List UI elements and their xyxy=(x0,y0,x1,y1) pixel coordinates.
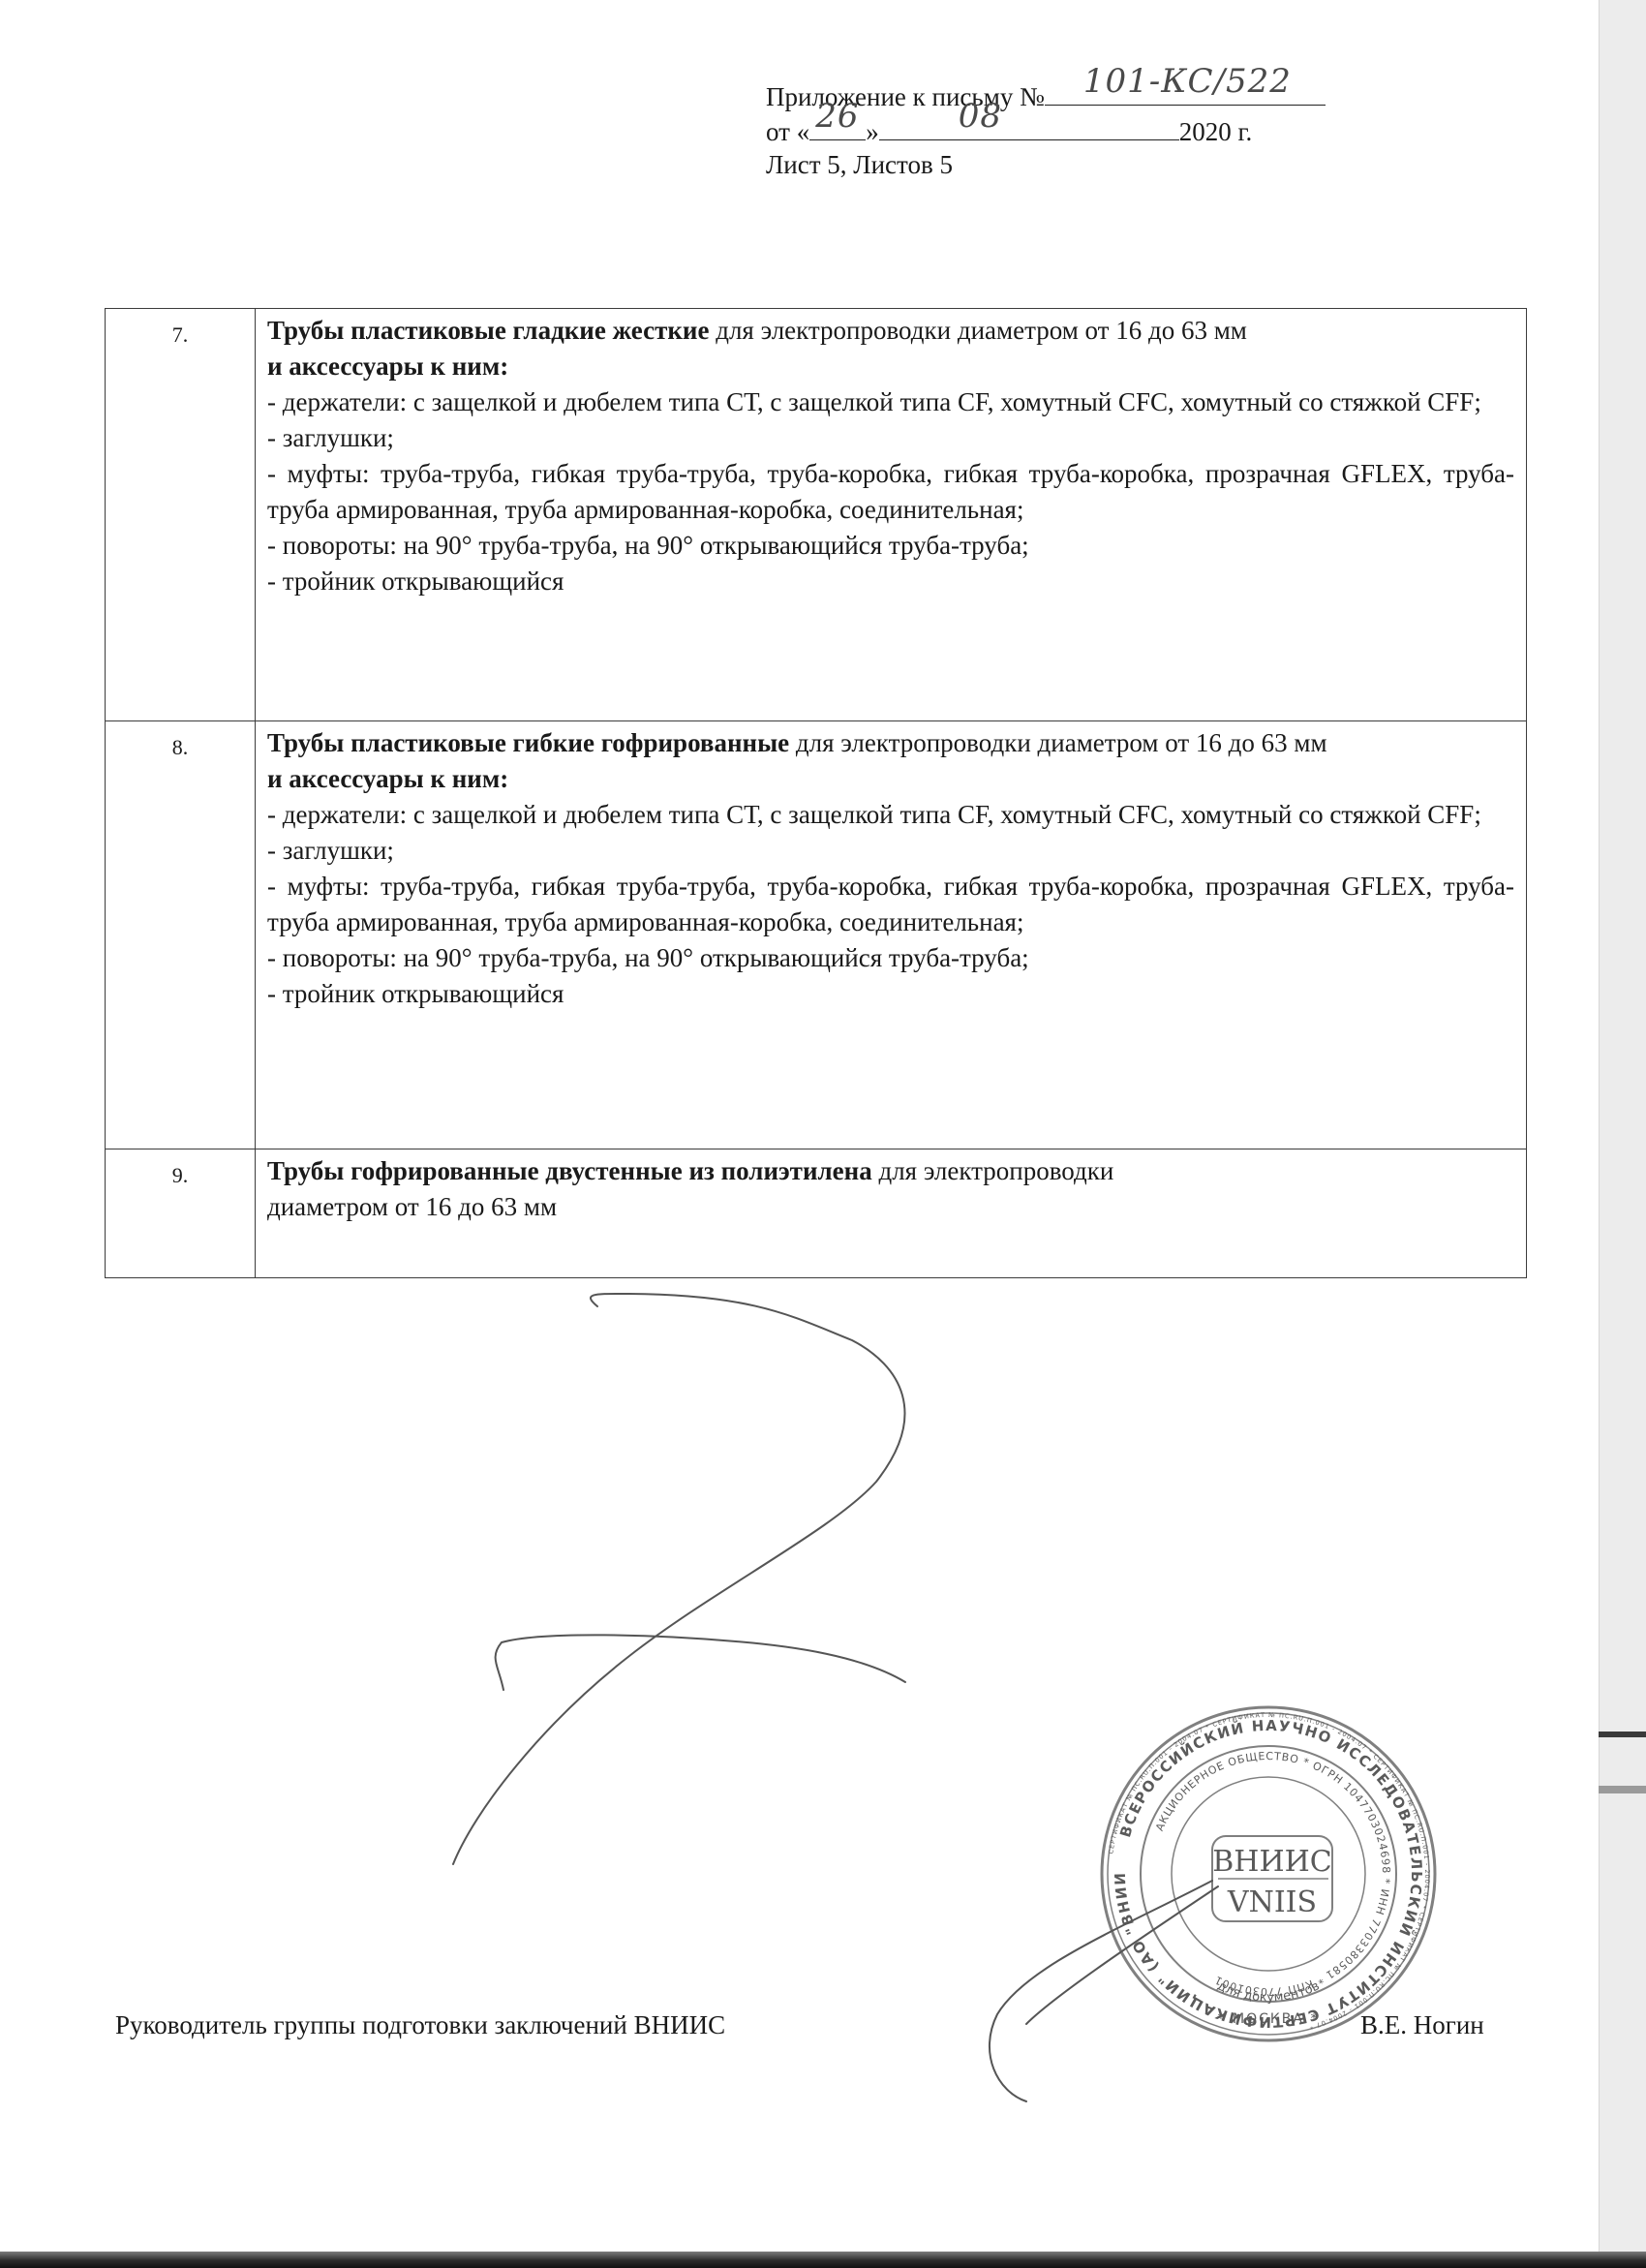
date-separator: » xyxy=(866,117,879,146)
sheet-info: Лист 5, Листов 5 xyxy=(766,147,1326,182)
scan-artifact xyxy=(1599,1732,1646,1737)
product-title-line2: диаметром от 16 до 63 мм xyxy=(267,1189,1514,1225)
date-prefix: от « xyxy=(766,117,809,146)
product-title-rest: для электропроводки xyxy=(872,1156,1114,1185)
list-item: - заглушки; xyxy=(267,420,1514,456)
signatory-name: В.Е. Ногин xyxy=(1360,2010,1484,2040)
list-item: - тройник открывающийся xyxy=(267,976,1514,1012)
list-item: - повороты: на 90° труба-труба, на 90° о… xyxy=(267,528,1514,564)
scan-bottom-edge xyxy=(0,2252,1646,2268)
scan-edge xyxy=(1599,0,1646,2268)
signatory-role: Руководитель группы подготовки заключени… xyxy=(115,2010,725,2040)
list-item: - муфты: труба-труба, гибкая труба-труба… xyxy=(267,869,1514,940)
table-row: 8. Трубы пластиковые гибкие гофрированны… xyxy=(106,721,1527,1149)
product-title-rest: для электропроводки диаметром от 16 до 6… xyxy=(789,728,1326,757)
list-item: - держатели: с защелкой и дюбелем типа С… xyxy=(267,384,1514,420)
date-day-field: 26 xyxy=(809,112,866,140)
row-description: Трубы пластиковые гибкие гофрированные д… xyxy=(256,721,1527,1149)
product-title-rest: для электропроводки диаметром от 16 до 6… xyxy=(709,316,1246,345)
row-number: 8. xyxy=(106,721,256,1149)
date-day: 26 xyxy=(815,99,859,134)
list-item: - повороты: на 90° труба-труба, на 90° о… xyxy=(267,940,1514,976)
product-title: Трубы пластиковые гибкие гофрированные xyxy=(267,728,789,757)
product-title: Трубы пластиковые гладкие жесткие xyxy=(267,316,709,345)
letter-date: от «26»082020 г. xyxy=(766,112,1326,147)
list-item: - тройник открывающийся xyxy=(267,564,1514,599)
date-month-field: 08 xyxy=(879,112,1179,140)
letter-number-field: 101-КС/522 xyxy=(1045,77,1326,106)
accessories-label: и аксессуары к ним: xyxy=(267,761,1514,797)
row-description: Трубы пластиковые гладкие жесткие для эл… xyxy=(256,309,1527,721)
table-row: 9. Трубы гофрированные двустенные из пол… xyxy=(106,1149,1527,1278)
row-description: Трубы гофрированные двустенные из полиэт… xyxy=(256,1149,1527,1278)
letter-header: Приложение к письму №101-КС/522 от «26»0… xyxy=(766,77,1326,182)
date-month: 08 xyxy=(959,99,1002,134)
row-number: 9. xyxy=(106,1149,256,1278)
products-table: 7. Трубы пластиковые гладкие жесткие для… xyxy=(105,308,1527,1278)
accessories-label: и аксессуары к ним: xyxy=(267,349,1514,384)
list-item: - муфты: труба-труба, гибкая труба-труба… xyxy=(267,456,1514,528)
product-title: Трубы гофрированные двустенные из полиэт… xyxy=(267,1156,872,1185)
list-item: - держатели: с защелкой и дюбелем типа С… xyxy=(267,797,1514,833)
letter-prefix: Приложение к письму № xyxy=(766,82,1045,111)
date-year: 2020 г. xyxy=(1179,117,1253,146)
scan-artifact xyxy=(1599,1786,1646,1793)
list-item: - заглушки; xyxy=(267,833,1514,869)
letter-number: 101-КС/522 xyxy=(1083,64,1292,99)
row-number: 7. xyxy=(106,309,256,721)
table-row: 7. Трубы пластиковые гладкие жесткие для… xyxy=(106,309,1527,721)
